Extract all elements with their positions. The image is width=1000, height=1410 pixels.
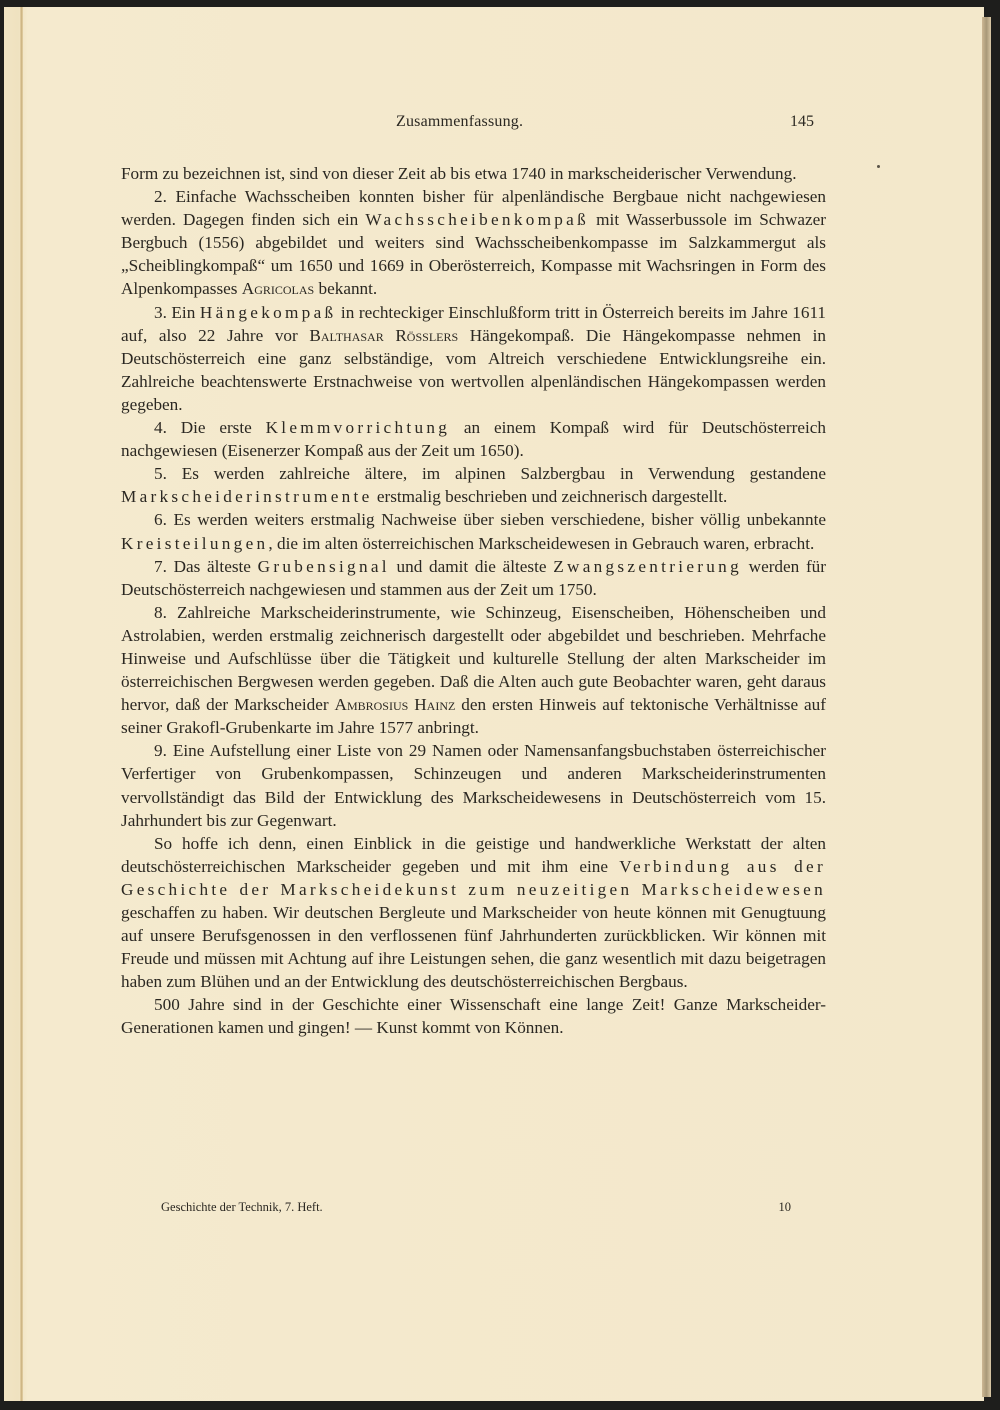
text-run: 3. Ein: [154, 303, 200, 322]
page-number: 145: [790, 113, 814, 131]
spaced-emphasis: Zwangszentrierung: [553, 557, 742, 576]
person-name: Balthasar Rösslers: [309, 326, 458, 345]
text-run: 4. Die erste: [154, 418, 266, 437]
body-text: Form zu bezeichnen ist, sind von dieser …: [121, 162, 826, 1040]
paragraph-p5: 5. Es werden zahlreiche ältere, im alpin…: [121, 462, 826, 508]
book-page: Zusammenfassung. 145 Form zu bezeichnen …: [4, 7, 984, 1401]
paragraph-p8: 8. Zahlreiche Markscheiderinstrumente, w…: [121, 601, 826, 740]
spaced-emphasis: Grubensignal: [258, 557, 390, 576]
spaced-emphasis: Hängekompaß: [200, 303, 337, 322]
text-run: 6. Es werden weiters erstmalig Nachweise…: [154, 510, 826, 529]
text-run: bekannt.: [314, 279, 377, 298]
spaced-emphasis: Klemmvorrichtung: [266, 418, 451, 437]
spaced-emphasis: Kreisteilungen: [121, 534, 268, 553]
text-run: geschaffen zu haben. Wir deutschen Bergl…: [121, 903, 826, 991]
text-run: 500 Jahre sind in der Geschichte einer W…: [121, 995, 826, 1037]
text-run: , die im alten österreichischen Marksche…: [268, 534, 814, 553]
paragraph-p4: 4. Die erste Klemmvorrichtung an einem K…: [121, 416, 826, 462]
series-title: Geschichte der Technik, 7. Heft.: [161, 1200, 323, 1215]
signature-mark: 10: [779, 1200, 792, 1215]
spaced-emphasis: Wachsscheibenkompaß: [365, 210, 589, 229]
person-name: Agricolas: [242, 279, 314, 298]
paragraph-p7: 7. Das älteste Grubensignal und damit di…: [121, 555, 826, 601]
running-head: Zusammenfassung. 145: [121, 111, 826, 137]
scan-speck: [877, 165, 880, 168]
text-run: 9. Eine Aufstellung einer Liste von 29 N…: [121, 741, 826, 829]
paragraph-p1-cont: Form zu bezeichnen ist, sind von dieser …: [121, 162, 826, 185]
gutter-fold: [20, 7, 23, 1401]
running-title: Zusammenfassung.: [396, 113, 523, 131]
text-run: 7. Das älteste: [154, 557, 258, 576]
paragraph-p3: 3. Ein Hängekompaß in rechteckiger Einsc…: [121, 301, 826, 416]
page-edge: [982, 17, 991, 1397]
text-run: Form zu bezeichnen ist, sind von dieser …: [121, 164, 797, 183]
spaced-emphasis: Markscheiderinstrumente: [121, 487, 373, 506]
page-footer: Geschichte der Technik, 7. Heft. 10: [161, 1200, 791, 1220]
text-block: Zusammenfassung. 145 Form zu bezeichnen …: [121, 111, 826, 1040]
paragraph-p6: 6. Es werden weiters erstmalig Nachweise…: [121, 508, 826, 554]
text-run: 5. Es werden zahlreiche ältere, im alpin…: [154, 464, 826, 483]
text-run: erstmalig beschrieben und zeichnerisch d…: [373, 487, 728, 506]
paragraph-p2: 2. Einfache Wachsscheiben konnten bisher…: [121, 185, 826, 300]
paragraph-p9: 9. Eine Aufstellung einer Liste von 29 N…: [121, 739, 826, 831]
paragraph-p11: 500 Jahre sind in der Geschichte einer W…: [121, 993, 826, 1039]
text-run: und damit die älteste: [390, 557, 553, 576]
person-name: Ambrosius Hainz: [335, 695, 456, 714]
paragraph-p10: So hoffe ich denn, einen Einblick in die…: [121, 832, 826, 994]
